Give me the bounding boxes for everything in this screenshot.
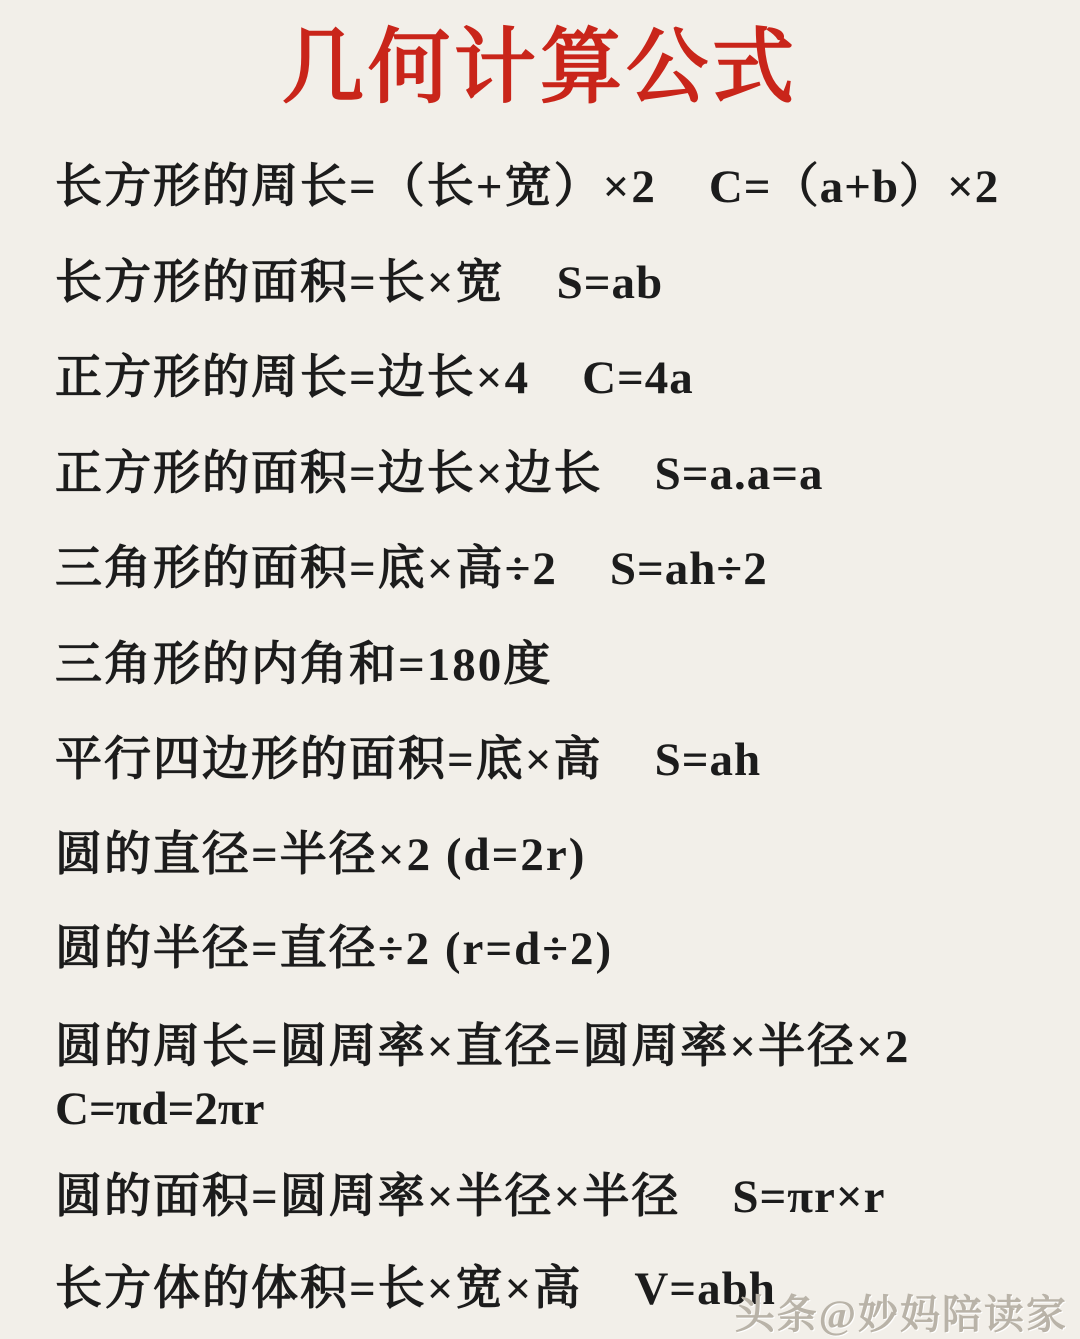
formula-chinese: 长方形的面积=长×宽 bbox=[55, 257, 505, 309]
formula-symbolic: S=ab bbox=[557, 257, 664, 309]
formula-symbolic: C=4a bbox=[582, 352, 694, 404]
formula-row-triangle-area: 三角形的面积=底×高÷2S=ah÷2 bbox=[55, 542, 1060, 596]
page-title: 几何计算公式 bbox=[0, 2, 1080, 119]
watermark: 头条@妙妈陪读家 bbox=[735, 1283, 1068, 1339]
formula-row-square-area: 正方形的面积=边长×边长S=a.a=a bbox=[55, 447, 1060, 501]
formula-chinese: 圆的周长=圆周率×直径=圆周率×半径×2 bbox=[55, 1021, 910, 1073]
formula-chinese: 长方形的周长=（长+宽）×2 bbox=[55, 161, 657, 213]
formula-chinese: 圆的直径=半径×2 (d=2r) bbox=[55, 829, 586, 881]
formula-row-rect-area: 长方形的面积=长×宽S=ab bbox=[55, 256, 1060, 310]
formula-row-circle-area: 圆的面积=圆周率×半径×半径S=πr×r bbox=[55, 1170, 1060, 1224]
formula-symbolic: C=πd=2πr bbox=[55, 1083, 265, 1135]
formula-row-circle-diameter: 圆的直径=半径×2 (d=2r) bbox=[55, 828, 1060, 882]
formula-row-circle-circumference-symbolic: C=πd=2πr bbox=[55, 1082, 1060, 1136]
formula-row-square-perimeter: 正方形的周长=边长×4C=4a bbox=[55, 351, 1060, 405]
formula-row-parallelogram-area: 平行四边形的面积=底×高S=ah bbox=[55, 733, 1060, 787]
formula-chinese: 平行四边形的面积=底×高 bbox=[55, 734, 603, 786]
formula-chinese: 圆的半径=直径÷2 (r=d÷2) bbox=[55, 923, 613, 975]
formula-symbolic: S=πr×r bbox=[732, 1171, 885, 1223]
formula-sheet: 几何计算公式 长方形的周长=（长+宽）×2C=（a+b）×2 长方形的面积=长×… bbox=[0, 0, 1080, 1339]
formula-symbolic: S=ah÷2 bbox=[610, 543, 768, 595]
formula-chinese: 长方体的体积=长×宽×高 bbox=[55, 1263, 582, 1315]
formula-chinese: 三角形的内角和=180度 bbox=[55, 639, 552, 691]
formula-chinese: 圆的面积=圆周率×半径×半径 bbox=[55, 1171, 680, 1223]
formula-symbolic: S=a.a=a bbox=[655, 448, 824, 500]
formula-symbolic: C=（a+b）×2 bbox=[709, 161, 999, 213]
formula-symbolic: S=ah bbox=[655, 734, 762, 786]
formula-chinese: 正方形的面积=边长×边长 bbox=[55, 448, 603, 500]
formula-row-rect-perimeter: 长方形的周长=（长+宽）×2C=（a+b）×2 bbox=[55, 160, 1060, 214]
formula-row-circle-radius: 圆的半径=直径÷2 (r=d÷2) bbox=[55, 922, 1060, 976]
formula-row-triangle-angles: 三角形的内角和=180度 bbox=[55, 638, 1060, 692]
formula-chinese: 三角形的面积=底×高÷2 bbox=[55, 543, 558, 595]
formula-chinese: 正方形的周长=边长×4 bbox=[55, 352, 530, 404]
formula-row-circle-circumference: 圆的周长=圆周率×直径=圆周率×半径×2 bbox=[55, 1020, 1060, 1074]
